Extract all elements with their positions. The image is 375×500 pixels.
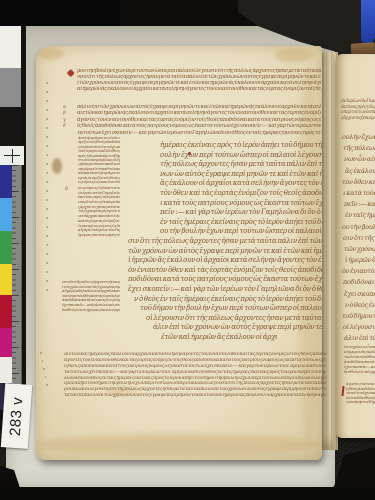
pricking-hole [43, 368, 45, 370]
script-line: ὃν ὁ θεὸς ἐν ταῖς ἡμέραις ἐκείναις πρὸς … [62, 308, 120, 313]
pricking-hole [46, 280, 48, 282]
script-line: ἔχει σκοπεῖν :— καὶ γὰρ τῶν ἱερέων τὸν Γ… [344, 289, 375, 300]
script-line: ὸν ἐνιαυτὸν ὅθεν καὶ τὰς ἑορτὰς ἐνόμιζον… [342, 266, 375, 277]
script-line: τῆς πόλεως ἄρχοντες ἦσαν μετὰ ταῦτα πάλι… [160, 160, 322, 170]
script-line: ς ἄρχοντες ἦσαν μετὰ ταῦτα πάλιν ἐπὶ τῶν… [341, 115, 375, 121]
script-line: ῖς θεοῖς ἀποδιδόναι κατὰ τοὺς πατρίους ν… [64, 364, 326, 370]
header-summary-block: μου τὴν βουλὴν ἔχων περὶ τούτων ὥσπερ οἱ… [77, 68, 321, 92]
script-line: τῆς πόλεως ἄρχοντες ἦσαν μετὰ ταῦτα πάλι… [343, 143, 375, 154]
pricking-hole [46, 154, 48, 156]
pricking-hole [46, 262, 48, 264]
script-line: τα τούτων ἔχει σκοπεῖν :— καὶ γὰρ τῶν ἱε… [77, 130, 321, 136]
main-text-block: ἡμέραις ἐκείναις πρὸς τὸ ἱερὸν ἀπῄει τοῦ… [126, 141, 322, 342]
script-line: ι κατὰ τοὺς πατρίους νόμους ὡς ἕκαστα το… [343, 188, 375, 199]
facing-page-upper-gloss: ῶν ἱερέων τὸν Γαμηλιῶνα δι ὃν ὁ θεὸς ἐν … [341, 98, 375, 120]
pricking-hole [46, 136, 48, 138]
folio-number-text: 283 v [7, 396, 27, 436]
script-line: αὶ ἡμερῶν ἃς ἐκάλουν οἱ ἀρχαῖοι κατὰ σελ… [77, 86, 321, 92]
pricking-hole [46, 145, 48, 147]
script-line: υς νόμους ὡς ἕκαστα τούτων ἔχει σκοπεῖν … [78, 180, 120, 184]
script-line: τὸν ὅθεν καὶ τὰς ἑορτὰς ἐνόμιζον τοῖς θε… [342, 177, 375, 188]
script-line: σιν ὅτι τῆς πόλεως ἄρχοντες ἦσαν μετὰ τα… [128, 237, 322, 247]
script-line: ι κατὰ τοὺς πατρίους νόμους ὡς ἕκαστα το… [160, 199, 322, 209]
script-line: ἐν ταῖς ἡμέραις ἐκείναις πρὸς τὸ ἱερὸν ἀ… [160, 218, 322, 228]
script-line: ὶ ἡμερῶν ἃς ἐκάλουν οἱ ἀρχαῖοι κατὰ σελή… [128, 256, 322, 266]
section-letter: δ [63, 124, 66, 130]
script-line: ἡμέραις ἐκείναις πρὸς τὸ ἱερὸν ἀπῄει τοῦ… [160, 141, 322, 151]
script-line: τὸν ὅθεν καὶ τὰς ἑορτὰς ἐνόμιζον τοῖς θε… [160, 189, 322, 199]
script-line: σιν ὅτι τῆς πόλεως ἄρχοντες ἦσαν μετὰ τα… [343, 233, 375, 244]
script-line: αὶ ἐτῶν καὶ ἡμερῶν ἃς ἐκάλουν οἱ ἀρχαῖοι… [77, 110, 321, 116]
facing-page-lower-gloss: ὶ τῶν χρόνων ὧν αὐτὸς ἔγραψε περὶ μηνῶν … [344, 344, 375, 374]
margin-gloss-lower: υσιν ὅτι τῆς πόλεως ἄρχοντες ἦσαν μετὰ τ… [62, 280, 120, 312]
pricking-hole [46, 384, 48, 386]
script-line: ερὸν ἀπῄει τοῦ δήμου τὴν βουλὴν ἔχων περ… [346, 400, 375, 405]
pricking-hole [46, 118, 48, 120]
manuscript-page-283v: μου τὴν βουλὴν ἔχων περὶ τούτων ὥσπερ οἱ… [36, 46, 322, 460]
pricking-hole [46, 253, 48, 255]
pricking-hole [46, 226, 48, 228]
script-line: οὶ λέγουσιν ὅτι τῆς πόλεως ἄρχοντες ἦσαν… [146, 314, 322, 324]
script-line: ἃς ἐκάλουν οἱ ἀρχαῖοι κατὰ σελήνην ἄγοντ… [160, 179, 322, 189]
rubric-ornament-icon [67, 69, 75, 77]
dark-bottom-band [0, 487, 375, 500]
pricking-hole [46, 289, 48, 291]
pricking-hole [46, 199, 48, 201]
pricking-hole [46, 163, 48, 165]
section-letter: β [63, 111, 66, 117]
dark-top-left-corner [0, 0, 120, 27]
script-line: ν περὶ τούτων ὥσπερ οἱ παλαιοὶ λέγουσιν … [341, 109, 375, 115]
grayscale-patch-white [0, 26, 21, 68]
pricking-hole [45, 376, 47, 378]
script-line: τὰ ταῦτα πάλιν ἐπὶ τῶν χρόνων ὧν αὐτὸς ἔ… [64, 393, 326, 399]
manuscript-photograph: ῶν ἱερέων τὸν Γαμηλιῶνα δι ὃν ὁ θεὸς ἐν … [0, 0, 375, 500]
script-line: ἡμέραις ἐκείναις πρὸς τὸ ἱερὸν ἀπῄει τοῦ… [78, 233, 120, 238]
pricking-hole [46, 208, 48, 210]
script-line: ἔχει σκοπεῖν :— καὶ γὰρ τῶν ἱερέων τὸν Γ… [128, 285, 322, 295]
facing-page-edge: ῶν ἱερέων τὸν Γαμηλιῶνα δι ὃν ὁ θεὸς ἐν … [336, 54, 375, 438]
script-line: ουλὴν ἔχων περὶ τούτων ὥσπερ οἱ παλαιοὶ … [160, 151, 322, 161]
color-calibration-bar [0, 26, 26, 430]
parchment-stain [274, 48, 314, 62]
script-line: τοῦ δήμου τὴν βουλὴν ἔχων περὶ τούτων ὥσ… [140, 304, 322, 314]
script-line: πεῖν :— καὶ γὰρ τῶν ἱερέων τὸν Γαμηλιῶνα… [344, 199, 375, 210]
pricking-hole [40, 352, 42, 354]
script-line: ου τὴν βουλὴν ἔχων περὶ τούτων ὥσπερ οἱ … [160, 227, 322, 237]
ruler-major-ticks [12, 165, 19, 418]
pricking-hole [46, 235, 48, 237]
gloss-initial-letter: δ [65, 186, 68, 192]
pricking-hole [46, 271, 48, 273]
script-line: ῶν ἱερέων τὸν Γαμηλιῶνα δι ὃν ὁ θεὸς ἐν … [341, 98, 375, 104]
margin-gloss-mid: ους νόμους ὡς ἕκαστα τούτων ἔχει σκοπεῖν… [78, 186, 120, 238]
script-line: ν ὁ θεὸς ἐν ταῖς ἡμέραις ἐκείναις πρὸς τ… [345, 300, 375, 311]
script-line: τῶν χρόνων ὧν αὐτὸς ἔγραψε περὶ μηνῶν τε… [128, 247, 322, 257]
script-line: ἄγοντες τὸν ἐνιαυτὸν ὅθεν καὶ τὰς ἑορτὰς… [64, 358, 326, 364]
script-line: ὸν ἐνιαυτὸν ὅθεν καὶ τὰς ἑορτὰς ἐνόμιζον… [128, 266, 322, 276]
pricking-hole [46, 217, 48, 219]
script-line: άλιν ἐπὶ τῶν χρόνων ὧν αὐτὸς ἔγραψε περὶ… [153, 323, 322, 333]
ruler-strip [12, 165, 22, 418]
pricking-hole [46, 190, 48, 192]
chapter-list-block: πάλιν ἐπὶ τῶν χρόνων ὧν αὐτὸς ἔγραψε περ… [77, 104, 321, 136]
pricking-hole [46, 172, 48, 174]
script-line: ουλὴν ἔχων περὶ τούτων ὥσπερ οἱ παλαιοὶ … [342, 132, 375, 143]
margin-section-letters: αβγδ [63, 105, 66, 131]
footer-commentary-block: αὶ ἐτῶν καὶ ἡμερῶν ἃς ἐκάλουν οἱ ἀρχαῖοι… [64, 352, 326, 399]
script-line: οὶ λέγουσιν ὅτι τῆς πόλεως ἄρχοντες ἦσαν… [343, 322, 375, 333]
margin-gloss-upper: ὰ σελήνην ἄγοντες τὸν ἐνιαυτὸν ὅθεν καὶ … [78, 136, 120, 184]
grayscale-patch-gray [0, 68, 21, 107]
script-line: πεῖν :— καὶ γὰρ τῶν ἱερέων τὸν Γαμηλιῶνα… [160, 208, 322, 218]
grayscale-patch-black [0, 107, 21, 146]
crosshair-icon [12, 149, 13, 163]
pricking-hole [46, 127, 48, 129]
facing-page-footnote: ἄγοντες τὸν ἐνιαυτὸν ὅθεν καὶ τὰς ἑορτὰς… [346, 382, 375, 405]
pricking-hole [46, 109, 48, 111]
parchment-stain [36, 434, 322, 456]
script-line: νων ὧν αὐτὸς ἔγραψε περὶ μηνῶν τε καὶ ἐτ… [344, 154, 375, 165]
script-line: ὃν ὁ θεὸς ἐν ταῖς ἡμέραις ἐκείναις πρὸς … [344, 369, 375, 374]
rubric-paragraph-mark [341, 386, 344, 396]
script-line: ν ὁ θεὸς ἐν ταῖς ἡμέραις ἐκείναις πρὸς τ… [134, 295, 322, 305]
script-line: ἐν ταῖς ἡμέραις ἐκείναις πρὸς τὸ ἱερὸν ἀ… [345, 210, 375, 221]
script-line: ποδιδόναι κατὰ τοὺς πατρίους νόμους ὡς ἕ… [343, 277, 375, 288]
script-line: ὶ ἡμερῶν ἃς ἐκάλουν οἱ ἀρχαῖοι κατὰ σελή… [345, 255, 375, 266]
parchment-stain [52, 158, 62, 174]
script-line: τα τούτων ἔχει σκοπεῖν :— καὶ γὰρ τῶν ἱε… [64, 370, 326, 376]
pricking-hole [46, 100, 48, 102]
folio-number-label: 283 v [1, 383, 32, 449]
script-line: τῶν χρόνων ὧν αὐτὸς ἔγραψε περὶ μηνῶν τε… [344, 244, 375, 255]
script-line: ποδιδόναι κατὰ τοὺς πατρίους νόμους ὡς ἕ… [128, 275, 322, 285]
facing-page-main-column: ουλὴν ἔχων περὶ τούτων ὥσπερ οἱ παλαιοὶ … [342, 132, 375, 345]
pricking-hole [46, 82, 48, 84]
script-line: νων ὧν αὐτὸς ἔγραψε περὶ μηνῶν τε καὶ ἐτ… [160, 170, 322, 180]
pricking-hole [46, 181, 48, 183]
script-line: τοῦ δήμου τὴν βουλὴν ἔχων περὶ τούτων ὥσ… [342, 311, 375, 322]
script-line: ῖς θεοῖς ἀποδιδόναι κατὰ τοὺς πατρίους ν… [77, 123, 321, 129]
pricking-hole [46, 244, 48, 246]
pricking-hole [42, 360, 44, 362]
script-line: ἃς ἐκάλουν οἱ ἀρχαῖοι κατὰ σελήνην ἄγοντ… [345, 166, 375, 177]
script-line: άλιν ἐπὶ τῶν χρόνων ὧν αὐτὸς ἔγραψε περὶ… [344, 333, 375, 344]
script-line: ἐτῶν καὶ ἡμερῶν ἃς ἐκάλουν οἱ ἀρχαῖοι κα… [161, 333, 277, 343]
parchment-stain [38, 48, 64, 60]
pricking-hole [46, 91, 48, 93]
blue-book-clamp [361, 0, 375, 44]
script-line: ου τὴν βουλὴν ἔχων περὶ τούτων ὥσπερ οἱ … [342, 222, 375, 233]
